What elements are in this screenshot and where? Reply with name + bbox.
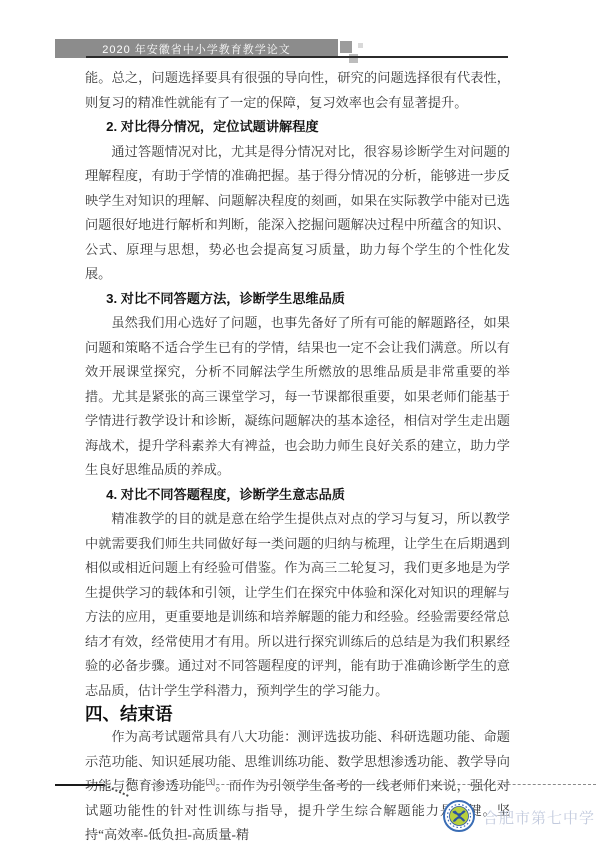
document-page: 2020 年安徽省中小学教育教学论文 能。总之，问题选择要具有很强的导向性，研究… [0,0,596,842]
section-paragraph-2: 通过答题情况对比，尤其是得分情况对比，很容易诊断学生对问题的理解程度，有助于学情… [85,140,510,287]
header-rule-line [86,56,508,58]
citation-ref-marker: [3] [206,778,215,787]
section-heading-3: 3. 对比不同答题方法，诊断学生思维品质 [85,287,510,312]
section-paragraph-3: 虽然我们用心选好了问题，也事先备好了所有可能的解题路径，如果问题和策略不适合学生… [85,311,510,483]
body-text-block: 能。总之，问题选择要具有很强的导向性，研究的问题选择很有代表性，则复习的精准性就… [85,66,510,842]
header-deco-square-large [340,41,352,53]
conclusion-heading: 四、结束语 [85,703,510,725]
header-deco-square-small [358,43,363,48]
watermark-text: 合肥市第七中学 [483,807,595,828]
section-heading-4: 4. 对比不同答题程度，诊断学生意志品质 [85,483,510,508]
header-title: 2020 年安徽省中小学教育教学论文 [102,41,291,57]
section-heading-2: 2. 对比得分情况，定位试题讲解程度 [85,115,510,140]
footer-dashed-line [141,784,596,785]
page-number: 7 [127,777,132,788]
section-paragraph-4: 精准教学的目的就是意在给学生提供点对点的学习与复习，所以教学中就需要我们师生共同… [85,507,510,703]
intro-paragraph: 能。总之，问题选择要具有很强的导向性，研究的问题选择很有代表性，则复习的精准性就… [85,66,510,115]
school-seal-icon [443,800,475,832]
footer-solid-line [55,784,105,786]
